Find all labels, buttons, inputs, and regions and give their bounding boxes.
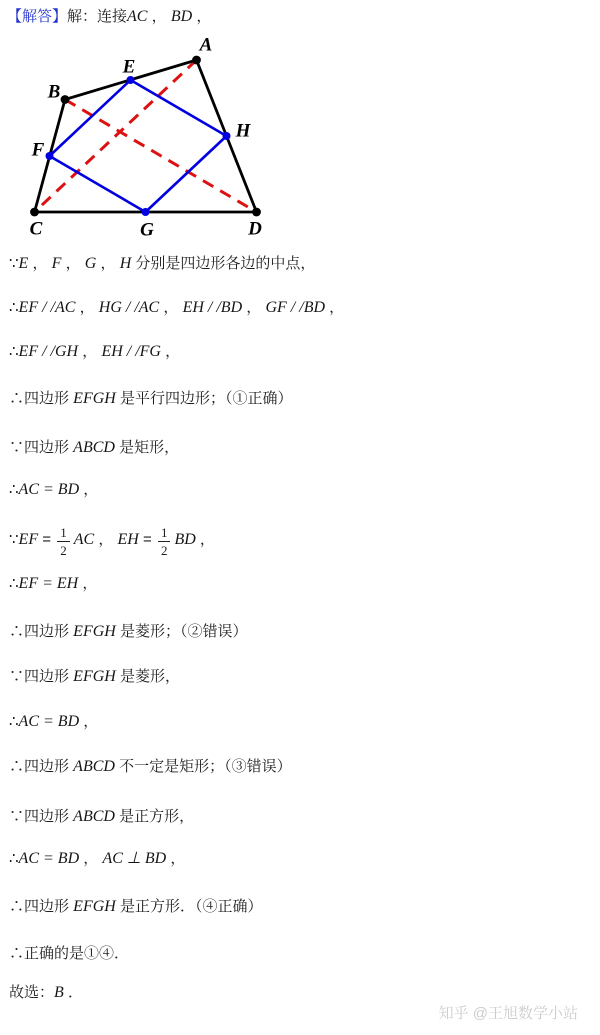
text-run: ∵ bbox=[9, 255, 19, 272]
math-expression: EFGH bbox=[73, 623, 116, 640]
solution-line-13: ∵四边形 ABCD 是正方形， bbox=[9, 807, 194, 827]
solution-line-10: ∵四边形 EFGH 是菱形， bbox=[9, 667, 180, 687]
text-run: 是菱形；（②错误） bbox=[116, 623, 248, 640]
math-expression: ABCD bbox=[73, 439, 115, 456]
solution-line-5: ∵四边形 ABCD 是矩形， bbox=[9, 438, 179, 458]
text-run: ， bbox=[325, 299, 344, 316]
text-run: ， bbox=[196, 531, 215, 548]
text-run: ， bbox=[28, 255, 51, 272]
text-run: ∴ bbox=[9, 850, 19, 867]
math-expression: E bbox=[19, 255, 29, 272]
solution-line-15: ∴四边形 EFGH 是正方形．（④正确） bbox=[9, 897, 263, 917]
text-run: = bbox=[139, 531, 156, 548]
fraction-denominator: 2 bbox=[57, 541, 70, 557]
text-run: ． bbox=[64, 984, 83, 1001]
vertex-label-G: G bbox=[140, 220, 154, 241]
vertex-label-H: H bbox=[235, 121, 252, 142]
text-run: 是正方形．（④正确） bbox=[116, 898, 263, 915]
text-run: ∵ bbox=[9, 531, 19, 548]
text-run: 是菱形， bbox=[116, 668, 180, 685]
math-expression: EH bbox=[118, 531, 139, 548]
watermark: 知乎 @王旭数学小站 bbox=[439, 1002, 578, 1023]
math-expression: GF / /BD bbox=[265, 299, 325, 316]
text-run: ， bbox=[166, 850, 185, 867]
text-run: ∴四边形 bbox=[9, 758, 73, 775]
solution-line-2: ∴EF / /AC ， HG / /AC ， EH / /BD ， GF / /… bbox=[9, 298, 344, 318]
solution-line-12: ∴四边形 ABCD 不一定是矩形；（③错误） bbox=[9, 757, 292, 777]
vertex-dot-A bbox=[192, 56, 201, 65]
vertex-dot-G bbox=[142, 208, 150, 216]
vertex-dot-D bbox=[252, 208, 261, 217]
vertex-label-D: D bbox=[247, 219, 262, 240]
math-expression: AC = BD bbox=[19, 481, 80, 498]
fraction-numerator: 1 bbox=[57, 526, 70, 541]
math-expression: G bbox=[85, 255, 97, 272]
solution-line-11: ∴AC = BD ， bbox=[9, 712, 98, 732]
text-run: ， bbox=[159, 299, 182, 316]
math-expression: EH / /FG bbox=[101, 343, 161, 360]
vertex-dot-C bbox=[30, 208, 39, 217]
fraction-denominator: 2 bbox=[158, 541, 171, 557]
geometry-figure: ABCDEFGH bbox=[0, 0, 300, 246]
text-run: ∴ bbox=[9, 481, 19, 498]
math-expression: EF bbox=[19, 531, 39, 548]
mid-edge-GH bbox=[146, 136, 227, 212]
math-expression: EFGH bbox=[73, 668, 116, 685]
math-expression: EH / /BD bbox=[183, 299, 243, 316]
text-run: ∴ bbox=[9, 713, 19, 730]
text-run: 分别是四边形各边的中点， bbox=[131, 255, 315, 272]
vertex-dot-H bbox=[223, 132, 231, 140]
math-expression: AC bbox=[74, 531, 94, 548]
text-run: 是平行四边形；（①正确） bbox=[116, 390, 293, 407]
text-run: ， bbox=[242, 299, 265, 316]
text-run: ， bbox=[79, 850, 102, 867]
math-expression: ABCD bbox=[73, 758, 115, 775]
fraction: 12 bbox=[158, 526, 171, 557]
math-expression: EF / /AC bbox=[19, 299, 76, 316]
text-run: ， bbox=[94, 531, 117, 548]
vertex-dot-B bbox=[61, 95, 70, 104]
text-run: 不一定是矩形；（③错误） bbox=[115, 758, 292, 775]
solution-document: 【解答】解：连接AC ， BD ， ABCDEFGH ∵E ， F ， G ， … bbox=[0, 0, 600, 1035]
fraction: 12 bbox=[57, 526, 70, 557]
math-expression: EF = EH bbox=[19, 575, 79, 592]
text-run: = bbox=[38, 531, 55, 548]
math-expression: HG / /AC bbox=[99, 299, 159, 316]
solution-line-8: ∴EF = EH ， bbox=[9, 574, 97, 594]
text-run: ， bbox=[79, 481, 98, 498]
math-expression: B bbox=[54, 984, 64, 1001]
fraction-numerator: 1 bbox=[158, 526, 171, 541]
math-expression: EFGH bbox=[73, 390, 116, 407]
math-expression: ABCD bbox=[73, 808, 115, 825]
vertex-label-A: A bbox=[199, 35, 213, 56]
vertex-label-F: F bbox=[31, 140, 45, 161]
text-run: ， bbox=[78, 575, 97, 592]
text-run: ∵四边形 bbox=[9, 668, 73, 685]
text-run: ， bbox=[61, 255, 84, 272]
vertex-label-C: C bbox=[30, 219, 43, 240]
solution-line-4: ∴四边形 EFGH 是平行四边形；（①正确） bbox=[9, 389, 293, 409]
text-run: ， bbox=[79, 713, 98, 730]
text-run: ∴四边形 bbox=[9, 623, 73, 640]
solution-line-6: ∴AC = BD ， bbox=[9, 480, 98, 500]
solution-line-16: ∴正确的是①④． bbox=[9, 944, 129, 964]
math-expression: H bbox=[120, 255, 132, 272]
math-expression: F bbox=[52, 255, 62, 272]
text-run: ∴四边形 bbox=[9, 390, 73, 407]
text-run: 是矩形， bbox=[115, 439, 179, 456]
math-expression: AC = BD bbox=[19, 713, 80, 730]
text-run: ， bbox=[161, 343, 180, 360]
math-expression: AC ⊥ BD bbox=[102, 850, 166, 867]
text-run: ∴四边形 bbox=[9, 898, 73, 915]
solution-line-9: ∴四边形 EFGH 是菱形；（②错误） bbox=[9, 622, 248, 642]
math-expression: EF / /GH bbox=[19, 343, 79, 360]
vertex-label-E: E bbox=[122, 57, 136, 78]
solution-line-17: 故选：B ． bbox=[9, 983, 83, 1003]
math-expression: BD bbox=[174, 531, 195, 548]
text-run: 是正方形， bbox=[115, 808, 194, 825]
solution-line-3: ∴EF / /GH ， EH / /FG ， bbox=[9, 342, 180, 362]
text-run: 故选： bbox=[9, 984, 54, 1001]
text-run: ， bbox=[75, 299, 98, 316]
text-run: ∴正确的是①④． bbox=[9, 945, 129, 962]
solution-line-7: ∵EF = 12AC ， EH = 12BD ， bbox=[9, 526, 215, 557]
text-run: ∴ bbox=[9, 299, 19, 316]
text-run: ∵四边形 bbox=[9, 439, 73, 456]
text-run: ∴ bbox=[9, 343, 19, 360]
text-run: ， bbox=[96, 255, 119, 272]
text-run: ∵四边形 bbox=[9, 808, 73, 825]
solution-line-1: ∵E ， F ， G ， H 分别是四边形各边的中点， bbox=[9, 254, 315, 274]
solution-line-14: ∴AC = BD ， AC ⊥ BD ， bbox=[9, 849, 185, 869]
text-run: ∴ bbox=[9, 575, 19, 592]
vertex-label-B: B bbox=[47, 82, 61, 103]
vertex-dot-F bbox=[46, 152, 54, 160]
math-expression: AC = BD bbox=[19, 850, 80, 867]
text-run: ， bbox=[78, 343, 101, 360]
math-expression: EFGH bbox=[73, 898, 116, 915]
